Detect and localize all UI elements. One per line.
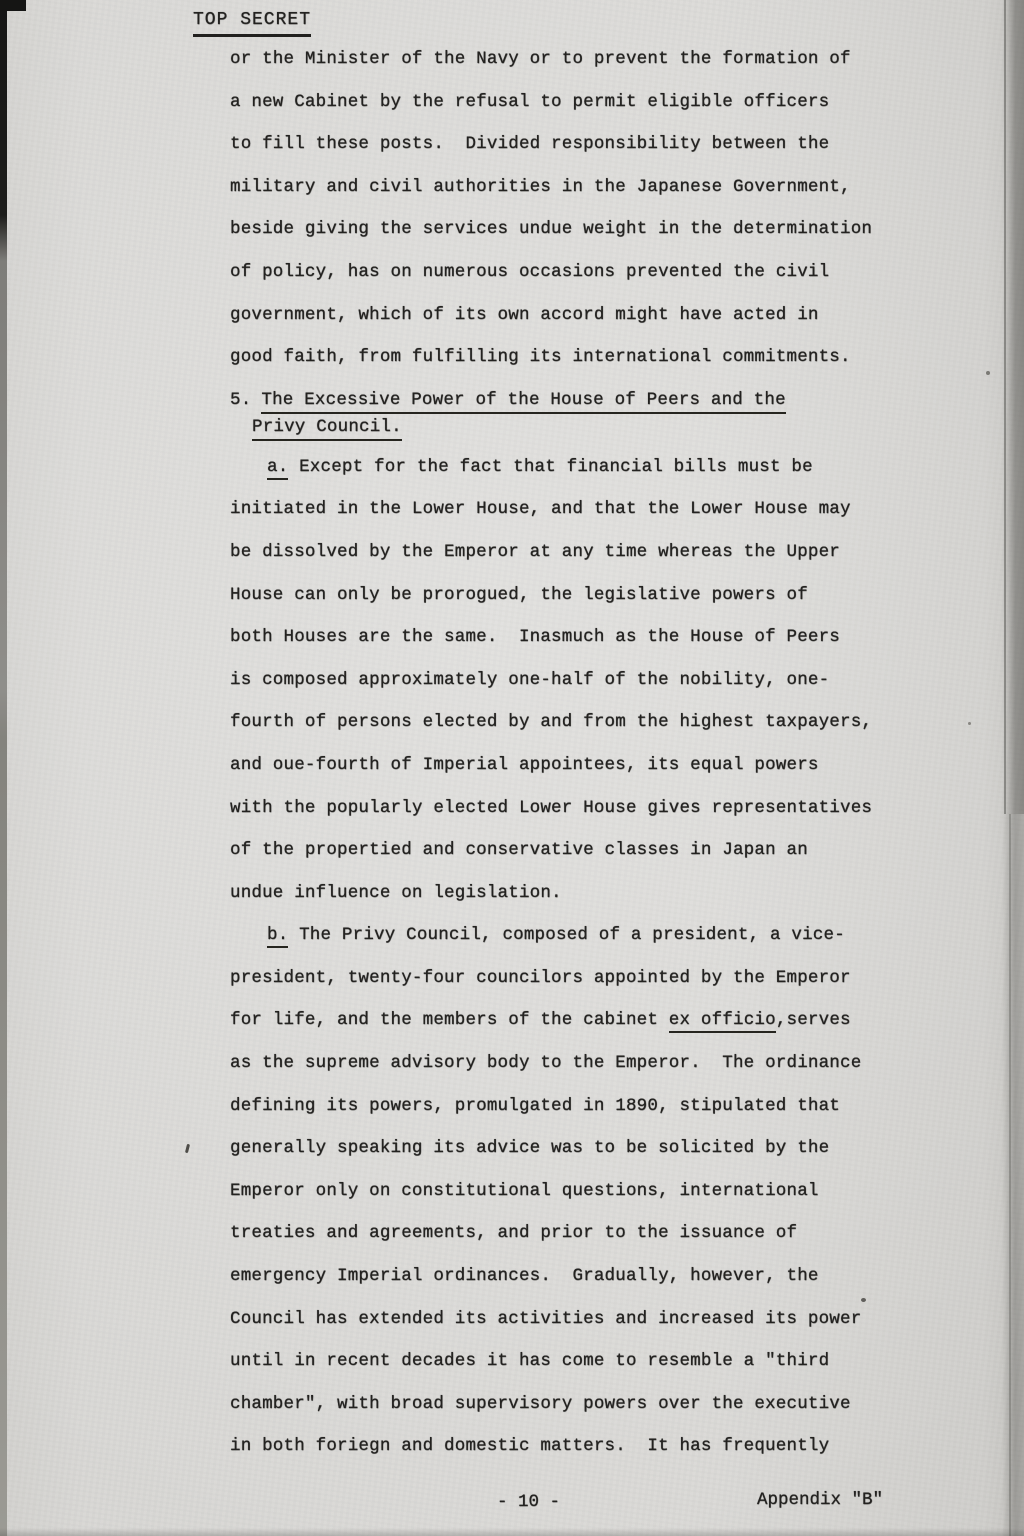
text-line: fourth of persons elected by and from th… — [230, 711, 1010, 754]
text-line: Emperor only on constitutional questions… — [230, 1180, 1010, 1223]
text-line: is composed approximately one-half of th… — [230, 669, 1010, 712]
section-heading-line-1: 5.The Excessive Power of the House of Pe… — [230, 389, 1010, 416]
text-segment: ,serves — [776, 1010, 851, 1030]
section-number: 5. — [230, 390, 251, 410]
text-line: of the propertied and conservative class… — [230, 839, 1010, 882]
paragraph-b-label: b. — [267, 925, 288, 948]
page-number: - 10 - — [497, 1492, 560, 1512]
text-line: House can only be prorogued, the legisla… — [230, 584, 1010, 627]
text-line: as the supreme advisory body to the Empe… — [230, 1052, 1010, 1095]
text-line: emergency Imperial ordinances. Gradually… — [230, 1265, 1010, 1308]
text-line: president, twenty-four councilors appoin… — [230, 967, 1010, 1010]
text-line: to fill these posts. Divided responsibil… — [230, 133, 1010, 176]
text-line: in both foriegn and domestic matters. It… — [230, 1435, 1010, 1478]
scan-corner-mark — [0, 0, 26, 11]
text-line: both Houses are the same. Inasmuch as th… — [230, 626, 1010, 669]
text-line: treaties and agreements, and prior to th… — [230, 1222, 1010, 1265]
paragraph-a-first-line: a. Except for the fact that financial bi… — [230, 456, 1010, 499]
text-line: good faith, from fulfilling its internat… — [230, 346, 1010, 389]
text-segment: for life, and the members of the cabinet — [230, 1010, 669, 1030]
text-line: chamber", with broad supervisory powers … — [230, 1393, 1010, 1436]
scan-edge-line — [1004, 0, 1006, 814]
text-line: or the Minister of the Navy or to preven… — [230, 48, 1010, 91]
ex-officio-underlined: ex officio — [669, 1010, 776, 1033]
text-line-ex-officio: for life, and the members of the cabinet… — [230, 1009, 1010, 1052]
scan-edge-right-shade — [1008, 0, 1024, 814]
text-line: beside giving the services undue weight … — [230, 218, 1010, 261]
text-line: and oue-fourth of Imperial appointees, i… — [230, 754, 1010, 797]
section-heading-text: Privy Council. — [252, 417, 402, 441]
text-line: defining its powers, promulgated in 1890… — [230, 1095, 1010, 1138]
text-line: be dissolved by the Emperor at any time … — [230, 541, 1010, 584]
text-line: a new Cabinet by the refusal to permit e… — [230, 91, 1010, 134]
text-line: of policy, has on numerous occasions pre… — [230, 261, 1010, 304]
text-segment: The Privy Council, composed of a preside… — [288, 925, 845, 945]
text-line: generally speaking its advice was to be … — [230, 1137, 1010, 1180]
section-heading-text: The Excessive Power of the House of Peer… — [261, 390, 785, 414]
text-line: military and civil authorities in the Ja… — [230, 176, 1010, 219]
text-segment: Except for the fact that financial bills… — [288, 457, 812, 477]
scan-edge-bottom — [0, 1528, 1024, 1536]
scan-edge-line — [1009, 814, 1011, 1536]
section-heading-line-2: Privy Council. — [230, 416, 1010, 443]
document-body: or the Minister of the Navy or to preven… — [0, 0, 1010, 1478]
text-line: undue influence on legislation. — [230, 882, 1010, 925]
paragraph-b-first-line: b. The Privy Council, composed of a pres… — [230, 924, 1010, 967]
text-line: until in recent decades it has come to r… — [230, 1350, 1010, 1393]
text-line: government, which of its own accord migh… — [230, 304, 1010, 347]
paragraph-a-label: a. — [267, 457, 288, 480]
document-page: TOP SECRET or the Minister of the Navy o… — [0, 0, 1024, 1536]
text-line: Council has extended its activities and … — [230, 1308, 1010, 1351]
text-line: with the popularly elected Lower House g… — [230, 797, 1010, 840]
appendix-label: Appendix "B" — [757, 1490, 883, 1510]
text-line: initiated in the Lower House, and that t… — [230, 498, 1010, 541]
